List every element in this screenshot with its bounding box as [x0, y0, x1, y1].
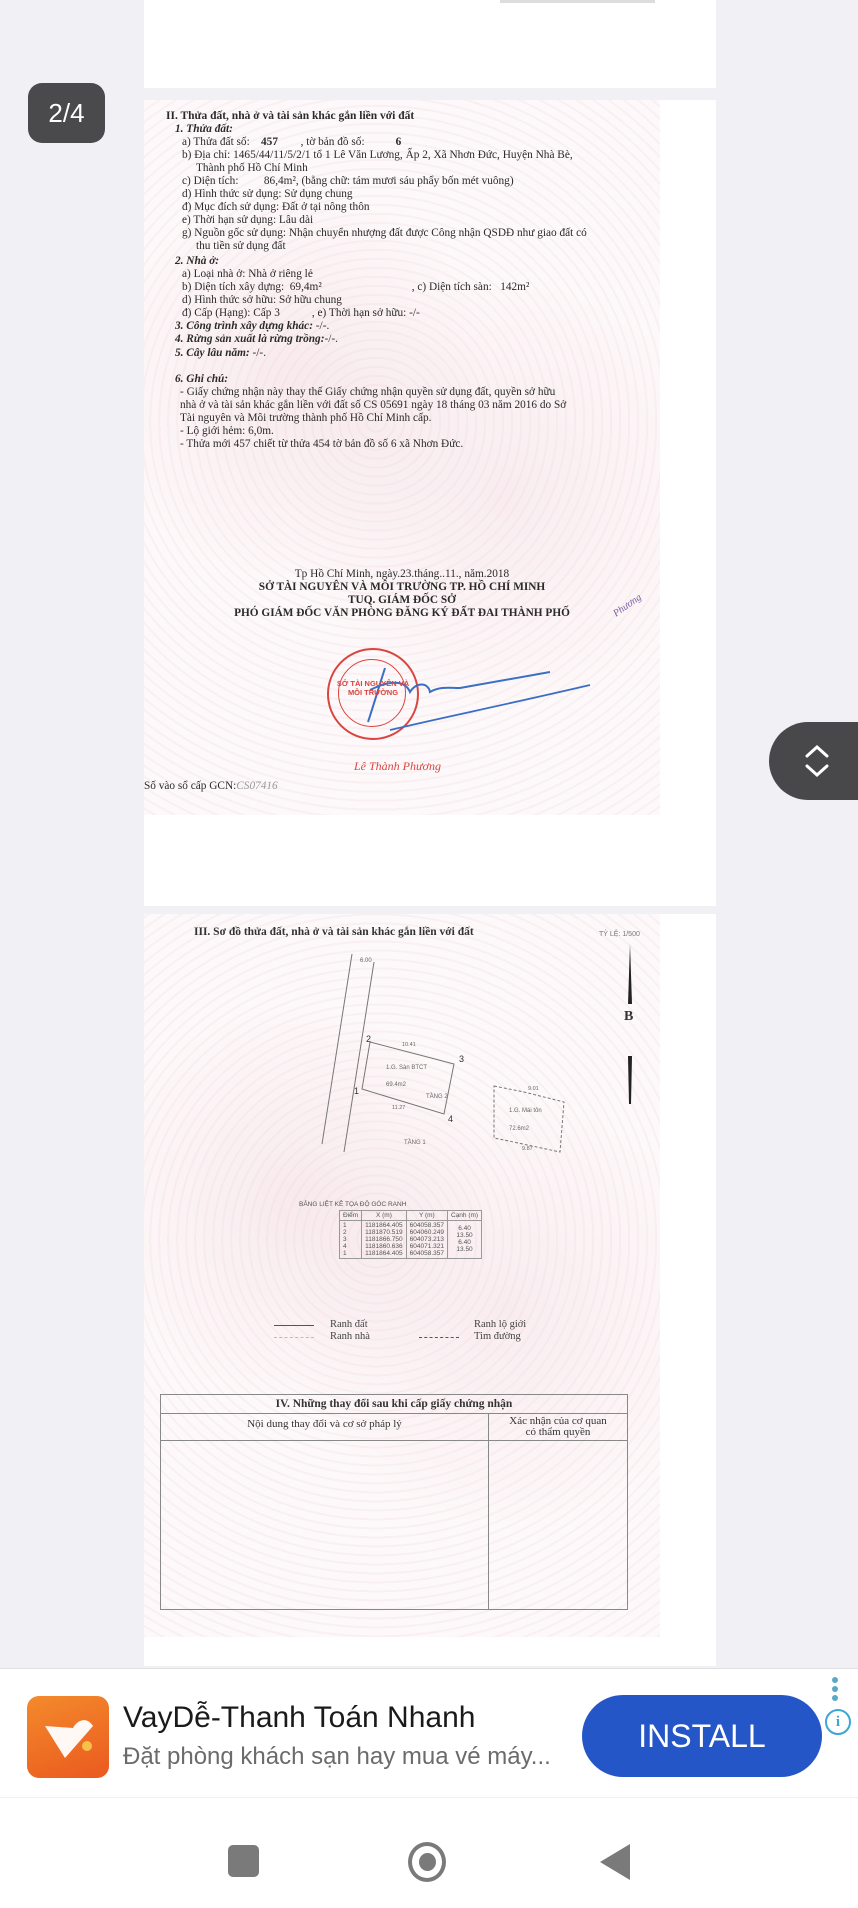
document-page-3: III. Sơ đồ thửa đất, nhà ở và tài sản kh… [144, 914, 660, 1637]
parcel-number-row: a) Thửa đất số: 457 , tờ bản đồ số: 6 [182, 136, 401, 149]
svg-text:1: 1 [354, 1086, 359, 1096]
gcn-register-row: Số vào sổ cấp GCN:CS07416 [144, 780, 278, 793]
issuing-org: SỞ TÀI NGUYÊN VÀ MÔI TRƯỜNG TP. HỒ CHÍ M… [144, 581, 660, 594]
svg-text:11.27: 11.27 [392, 1105, 405, 1111]
system-nav-bar [0, 1798, 858, 1908]
house-heading: 2. Nhà ở: [175, 255, 219, 268]
note-line: - Giấy chứng nhận này thay thế Giấy chứn… [180, 386, 555, 399]
coord-table-title: BẢNG LIỆT KÊ TỌA ĐỘ GÓC RANH [299, 1201, 406, 1208]
svg-text:69.4m2: 69.4m2 [386, 1082, 407, 1088]
usage-term: e) Thời hạn sử dụng: Lâu dài [182, 214, 313, 227]
signature-icon [350, 660, 600, 740]
note-line: nhà ở và tài sản khác gắn liền với đất s… [180, 399, 566, 412]
home-icon[interactable] [408, 1842, 446, 1882]
fast-scroll-handle[interactable] [769, 722, 858, 800]
ownership-form: d) Hình thức sở hữu: Sở hữu chung [182, 294, 342, 307]
ad-subtitle[interactable]: Đặt phòng khách sạn hay mua vé máy... [123, 1743, 551, 1771]
signer-title: PHÓ GIÁM ĐỐC VĂN PHÒNG ĐĂNG KÝ ĐẤT ĐAI T… [144, 607, 660, 620]
house-type: a) Loại nhà ở: Nhà ở riêng lẻ [182, 268, 313, 281]
section-title: II. Thửa đất, nhà ở và tài sản khác gắn … [166, 110, 414, 123]
svg-text:9.87: 9.87 [522, 1146, 533, 1152]
usage-purpose: đ) Mục đích sử dụng: Đất ở tại nông thôn [182, 201, 370, 214]
chevron-down-icon [804, 764, 830, 778]
svg-text:1.G. Mái tôn: 1.G. Mái tôn [509, 1108, 542, 1114]
legend: Ranh đất Ranh nhà Ranh lộ giới Tim đường [274, 1319, 574, 1349]
ad-info-icon[interactable]: i [825, 1709, 851, 1735]
perennial-trees: 5. Cây lâu năm: -/-. [175, 347, 266, 360]
back-icon[interactable] [600, 1844, 630, 1880]
authority-line: TUQ. GIÁM ĐỐC SỞ [144, 594, 660, 607]
heart-hand-icon [27, 1696, 109, 1778]
ad-banner[interactable]: VayDễ-Thanh Toán Nhanh Đặt phòng khách s… [0, 1668, 858, 1797]
floor-2-label: TẦNG 2 [426, 1094, 448, 1100]
svg-text:3: 3 [459, 1054, 464, 1064]
area-row: c) Diện tích: 86,4m², (bằng chữ: tám mươ… [182, 175, 514, 188]
changes-table: IV. Những thay đổi sau khi cấp giấy chứn… [160, 1394, 628, 1610]
svg-text:72.6m2: 72.6m2 [509, 1126, 530, 1132]
usage-origin-cont: thu tiền sử dụng đất [196, 240, 286, 253]
signer-name: Lê Thành Phương [354, 760, 441, 773]
svg-text:4: 4 [448, 1114, 453, 1124]
other-construction: 3. Công trình xây dựng khác: -/-. [175, 320, 329, 333]
land-heading: 1. Thửa đất: [175, 123, 233, 136]
ad-title[interactable]: VayDễ-Thanh Toán Nhanh [123, 1701, 475, 1735]
notes-heading: 6. Ghi chú: [175, 373, 228, 386]
north-label: B [624, 1009, 633, 1025]
scale-label: TỶ LỆ: 1/500 [599, 931, 640, 938]
address-city: Thành phố Hồ Chí Minh [196, 162, 308, 175]
signing-date: Tp Hồ Chí Minh, ngày.23.tháng..11., năm.… [144, 568, 660, 581]
coord-table: Điểm X (m) Y (m) Cạnh (m) 12341 1181864.… [339, 1210, 482, 1259]
more-options-icon[interactable] [832, 1677, 840, 1704]
svg-text:10.41: 10.41 [402, 1042, 416, 1048]
chevron-up-icon [804, 744, 830, 758]
address: b) Địa chỉ: 1465/44/11/5/2/1 tổ 1 Lê Văn… [182, 149, 573, 162]
app-icon[interactable] [27, 1696, 109, 1778]
note-line: Tài nguyên và Môi trường thành phố Hồ Ch… [180, 412, 432, 425]
install-button[interactable]: INSTALL [582, 1695, 822, 1777]
svg-text:9.01: 9.01 [528, 1086, 539, 1092]
svg-text:6.00: 6.00 [360, 958, 372, 964]
construction-area-row: b) Diện tích xây dựng: 69,4m², c) Diện t… [182, 281, 529, 294]
recent-apps-icon[interactable] [228, 1845, 259, 1877]
usage-form: d) Hình thức sử dụng: Sử dụng chung [182, 188, 353, 201]
svg-text:1.G. Sàn BTCT: 1.G. Sàn BTCT [386, 1065, 427, 1071]
north-arrow-icon [620, 944, 640, 1114]
note-line: - Thửa mới 457 chiết từ thửa 454 tờ bản … [180, 438, 463, 451]
page-counter: 2/4 [28, 83, 105, 143]
parcel-diagram: 6.00 2 1 3 4 1.G. Sàn BTCT 69.4m2 10.41 … [294, 954, 594, 1154]
svg-text:TẦNG 1: TẦNG 1 [404, 1139, 426, 1146]
previous-page-edge [500, 0, 655, 3]
note-line: - Lộ giới hẻm: 6,0m. [180, 425, 274, 438]
svg-text:2: 2 [366, 1034, 371, 1044]
usage-origin: g) Nguồn gốc sử dụng: Nhận chuyển nhượng… [182, 227, 587, 240]
previous-page [144, 0, 716, 88]
grade-row: đ) Cấp (Hạng): Cấp 3, e) Thời hạn sở hữu… [182, 307, 420, 320]
section-title: III. Sơ đồ thửa đất, nhà ở và tài sản kh… [194, 926, 474, 938]
forest: 4. Rừng sản xuất là rừng trồng:-/-. [175, 333, 338, 346]
